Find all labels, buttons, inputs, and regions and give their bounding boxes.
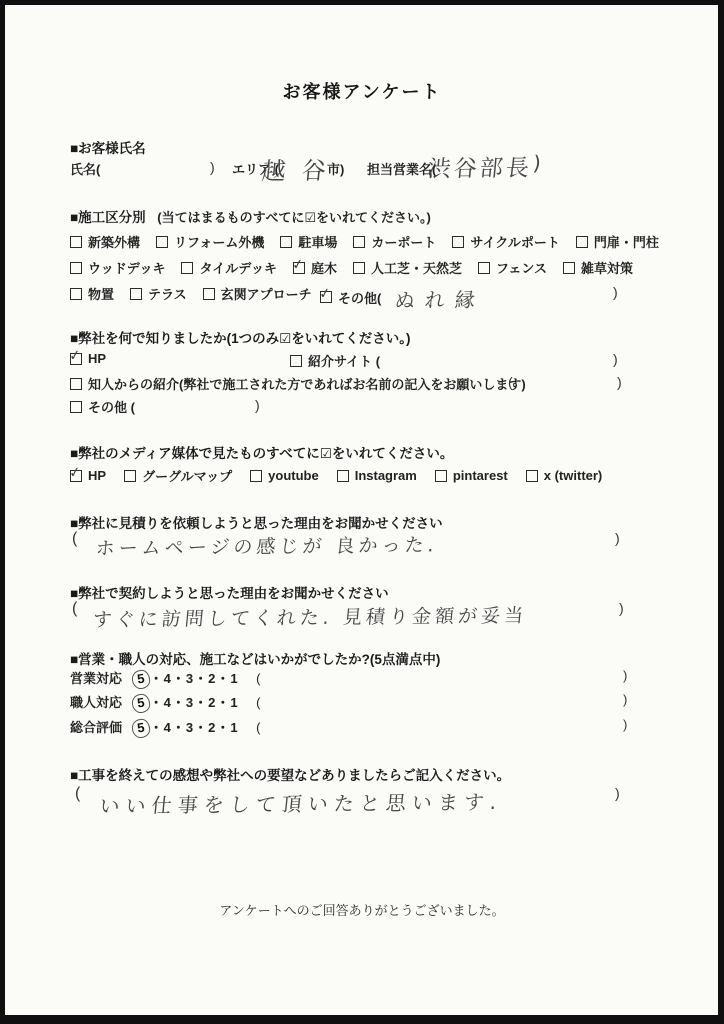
- source-other-item[interactable]: ✓ その他 (: [70, 397, 135, 416]
- construction-checkbox-item[interactable]: ✓ 雑草対策: [563, 258, 633, 277]
- rating-open-paren: (: [256, 720, 260, 735]
- construction-checkbox-item[interactable]: ✓ 庭木: [293, 258, 337, 277]
- source-friend-open-paren: (: [508, 374, 513, 390]
- checkbox[interactable]: ✓: [337, 470, 349, 482]
- checkbox-label: pintarest: [453, 468, 508, 483]
- construction-other-item[interactable]: ✓ その他(: [320, 288, 381, 307]
- checkbox-label: フェンス: [496, 258, 547, 277]
- checkbox-label: 玄関アプローチ: [221, 284, 312, 303]
- checkbox-label: 紹介サイト (: [308, 351, 380, 370]
- checkbox[interactable]: ✓: [70, 401, 82, 413]
- checkbox-label: youtube: [268, 468, 319, 483]
- feedback-open-paren: (: [75, 785, 80, 803]
- estimate-reason-heading: ■弊社に見積りを依頼しようと思った理由をお聞かせください: [70, 512, 443, 532]
- checkbox-label: カーポート: [371, 232, 436, 251]
- rating-open-paren: (: [256, 671, 260, 686]
- checkbox[interactable]: ✓: [70, 262, 82, 274]
- checkbox[interactable]: ✓: [70, 470, 82, 482]
- checkbox-label: x (twitter): [544, 468, 603, 483]
- media-checkbox-item[interactable]: ✓ Instagram: [337, 466, 417, 485]
- checkbox-label: Instagram: [355, 468, 417, 483]
- rating-row: 職人対応 5・4・3・2・1 ( ): [70, 692, 690, 716]
- construction-checkbox-item[interactable]: ✓ テラス: [130, 284, 187, 303]
- construction-checkbox-item[interactable]: ✓ 新築外構: [70, 232, 140, 251]
- sales-rep-field-value: 渋谷部長: [426, 149, 533, 183]
- rating-selected-circled[interactable]: 5: [130, 693, 150, 714]
- construction-row-2: ✓ ウッドデッキ ✓ タイルデッキ ✓ 庭木 ✓ 人工芝・天然芝: [70, 258, 633, 277]
- checkbox-label: ウッドデッキ: [88, 258, 165, 277]
- sales-rep-field-label: 担当営業名(: [367, 159, 436, 178]
- construction-checkbox-item[interactable]: ✓ サイクルポート: [452, 232, 559, 251]
- construction-row-3: ✓ 物置 ✓ テラス ✓ 玄関アプローチ: [70, 284, 312, 303]
- construction-checkbox-item[interactable]: ✓ 駐車場: [280, 232, 337, 251]
- rating-close-paren: ): [623, 668, 627, 683]
- thanks-message: アンケートへのご回答ありがとうございました。: [0, 900, 724, 919]
- check-mark-icon: ✓: [68, 347, 82, 362]
- checkbox[interactable]: ✓: [353, 262, 365, 274]
- ratings-rows: 営業対応 5・4・3・2・1 ( ) 職人対応 5・4・3・2・1 ( ) 総合…: [70, 668, 690, 741]
- check-mark-icon: ✓: [68, 464, 82, 479]
- checkbox-label: その他(: [338, 288, 381, 307]
- checkbox[interactable]: ✓: [203, 288, 215, 300]
- media-checkbox-item[interactable]: ✓ HP: [70, 466, 106, 485]
- check-mark-icon: ✓: [318, 285, 332, 300]
- checkbox[interactable]: ✓: [124, 470, 136, 482]
- checkbox-label: サイクルポート: [470, 232, 559, 251]
- rating-selected-circled[interactable]: 5: [130, 717, 150, 738]
- name-field-close-paren: ): [210, 159, 215, 175]
- contract-close-paren: ): [619, 600, 624, 616]
- checkbox-label: 知人からの紹介(弊社で施工された方であればお名前の記入をお願いします): [88, 374, 526, 393]
- rating-scale[interactable]: ・4・3・2・1: [150, 695, 239, 710]
- checkbox[interactable]: ✓: [250, 470, 262, 482]
- rating-scale[interactable]: ・4・3・2・1: [150, 671, 239, 686]
- checkbox[interactable]: ✓: [280, 236, 292, 248]
- checkbox[interactable]: ✓: [320, 291, 332, 303]
- checkbox-label: 門扉・門柱: [594, 232, 659, 251]
- rating-label: 総合評価: [70, 717, 128, 736]
- checkbox-label: 人工芝・天然芝: [371, 258, 462, 277]
- rating-close-paren: ): [623, 717, 627, 732]
- construction-section-note: (当てはまるものすべてに☑をいれてください。): [157, 210, 431, 225]
- checkbox[interactable]: ✓: [70, 353, 82, 365]
- media-checkbox-item[interactable]: ✓ pintarest: [435, 466, 508, 485]
- scanned-survey-page: お客様アンケート ■お客様氏名 氏名( ) エリア ( 越谷 市) 担当営業名(…: [0, 0, 724, 1024]
- checkbox[interactable]: ✓: [353, 236, 365, 248]
- checkbox-label: その他 (: [88, 397, 135, 416]
- checkbox[interactable]: ✓: [70, 236, 82, 248]
- source-referral-close-paren: ): [613, 351, 618, 367]
- feedback-close-paren: ): [615, 785, 620, 801]
- construction-section-heading: ■施工区分別: [70, 210, 146, 225]
- checkbox[interactable]: ✓: [156, 236, 168, 248]
- construction-row-1: ✓ 新築外構 ✓ リフォーム外機 ✓ 駐車場 ✓ カーポート: [70, 232, 659, 251]
- feedback-section-heading: ■工事を終えての感想や弊社への要望などありましたらご記入ください。: [70, 764, 510, 784]
- feedback-value: いい仕事をして頂いたと思います.: [98, 786, 504, 819]
- construction-checkbox-item[interactable]: ✓ 人工芝・天然芝: [353, 258, 462, 277]
- construction-checkbox-item[interactable]: ✓ 物置: [70, 284, 114, 303]
- construction-checkbox-item[interactable]: ✓ タイルデッキ: [181, 258, 276, 277]
- media-row: ✓ HP ✓ グーグルマップ ✓ youtube ✓ Instagram: [70, 466, 602, 485]
- estimate-reason-value: ホームページの感じが 良かった.: [95, 530, 440, 561]
- checkbox[interactable]: ✓: [576, 236, 588, 248]
- checkbox-label: HP: [88, 351, 106, 366]
- contract-open-paren: (: [72, 600, 77, 618]
- construction-checkbox-item[interactable]: ✓ 門扉・門柱: [576, 232, 659, 251]
- checkbox[interactable]: ✓: [290, 355, 302, 367]
- source-referral-site-item[interactable]: ✓ 紹介サイト (: [290, 351, 380, 370]
- checkbox[interactable]: ✓: [70, 378, 82, 390]
- contract-reason-value: すぐに訪問してくれた. 見積り金額が妥当: [91, 601, 528, 633]
- check-mark-icon: ✓: [291, 256, 305, 271]
- construction-other-value: ぬれ縁: [394, 284, 487, 314]
- rating-open-paren: (: [256, 695, 260, 710]
- checkbox[interactable]: ✓: [526, 470, 538, 482]
- name-field-label: 氏名(: [70, 159, 100, 178]
- construction-checkbox-item[interactable]: ✓ フェンス: [478, 258, 547, 277]
- checkbox-label: 駐車場: [298, 232, 337, 251]
- checkbox[interactable]: ✓: [452, 236, 464, 248]
- media-section-heading: ■弊社のメディア媒体で見たものすべてに☑をいれてください。: [70, 442, 453, 462]
- page-title: お客様アンケート: [0, 78, 724, 104]
- checkbox-label: 雑草対策: [581, 258, 633, 277]
- customer-section-heading: ■お客様氏名: [70, 137, 146, 157]
- construction-checkbox-item[interactable]: ✓ 玄関アプローチ: [203, 284, 312, 303]
- checkbox[interactable]: ✓: [70, 288, 82, 300]
- source-other-close-paren: ): [255, 397, 260, 413]
- checkbox-label: 新築外構: [88, 232, 140, 251]
- source-hp-item[interactable]: ✓ HP: [70, 351, 106, 366]
- checkbox-label: リフォーム外機: [174, 232, 264, 251]
- checkbox[interactable]: ✓: [130, 288, 142, 300]
- media-checkbox-item[interactable]: ✓ グーグルマップ: [124, 466, 232, 485]
- media-checkbox-item[interactable]: ✓ x (twitter): [526, 466, 603, 485]
- estimate-open-paren: (: [72, 530, 77, 548]
- rating-scale[interactable]: ・4・3・2・1: [150, 720, 239, 735]
- construction-checkbox-item[interactable]: ✓ リフォーム外機: [156, 232, 264, 251]
- contract-reason-heading: ■弊社で契約しようと思った理由をお聞かせください: [70, 582, 389, 602]
- checkbox-label: HP: [88, 468, 106, 483]
- checkbox-label: グーグルマップ: [142, 466, 232, 485]
- source-friend-item[interactable]: ✓ 知人からの紹介(弊社で施工された方であればお名前の記入をお願いします): [70, 374, 526, 393]
- source-section-heading: ■弊社を何で知りましたか(1つのみ☑をいれてください。): [70, 327, 411, 347]
- sales-rep-close-paren: ): [532, 151, 542, 175]
- checkbox-label: テラス: [148, 284, 187, 303]
- construction-checkbox-item[interactable]: ✓ ウッドデッキ: [70, 258, 165, 277]
- rating-selected-circled[interactable]: 5: [130, 669, 150, 690]
- area-field-close: 市): [327, 159, 344, 178]
- rating-row: 総合評価 5・4・3・2・1 ( ): [70, 717, 690, 741]
- checkbox-label: 庭木: [311, 258, 337, 277]
- checkbox-label: 物置: [88, 284, 114, 303]
- checkbox[interactable]: ✓: [435, 470, 447, 482]
- checkbox[interactable]: ✓: [478, 262, 490, 274]
- source-friend-close-paren: ): [617, 374, 622, 390]
- checkbox-label: タイルデッキ: [199, 258, 276, 277]
- media-checkbox-item[interactable]: ✓ youtube: [250, 466, 319, 485]
- rating-label: 職人対応: [70, 692, 128, 711]
- ratings-section-heading: ■営業・職人の対応、施工などはいかがでしたか?(5点満点中): [70, 648, 440, 668]
- rating-row: 営業対応 5・4・3・2・1 ( ): [70, 668, 690, 692]
- construction-other-close-paren: ): [613, 284, 618, 300]
- construction-checkbox-item[interactable]: ✓ カーポート: [353, 232, 436, 251]
- checkbox[interactable]: ✓: [293, 262, 305, 274]
- checkbox[interactable]: ✓: [563, 262, 575, 274]
- estimate-close-paren: ): [615, 530, 620, 546]
- rating-close-paren: ): [623, 692, 627, 707]
- checkbox[interactable]: ✓: [181, 262, 193, 274]
- rating-label: 営業対応: [70, 668, 128, 687]
